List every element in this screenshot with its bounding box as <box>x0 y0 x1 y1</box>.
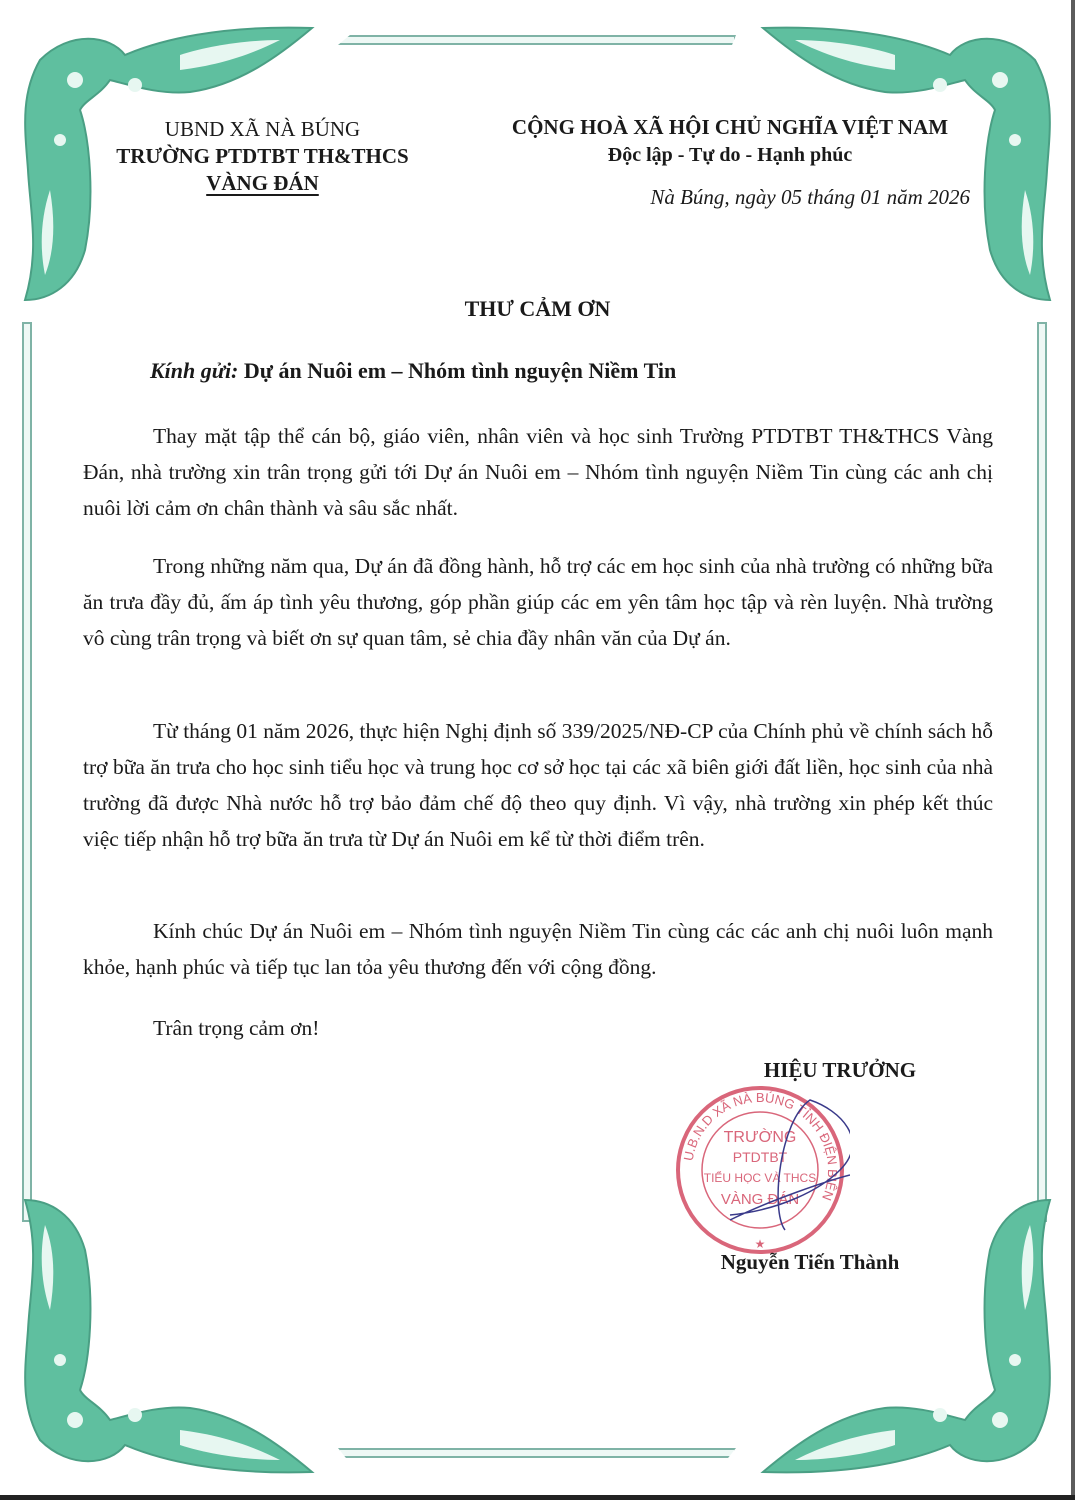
svg-text:TIỂU HỌC VÀ THCS: TIỂU HỌC VÀ THCS <box>704 1170 816 1185</box>
recipient-name: Dự án Nuôi em – Nhóm tình nguyện Niềm Ti… <box>244 358 676 383</box>
signer-title: HIỆU TRƯỞNG <box>720 1058 960 1083</box>
recipient-label: Kính gửi: <box>150 358 238 383</box>
closing-text: Trân trọng cảm ơn! <box>83 1010 993 1046</box>
place-date: Nà Búng, ngày 05 tháng 01 năm 2026 <box>560 185 970 210</box>
paragraph: Kính chúc Dự án Nuôi em – Nhóm tình nguy… <box>83 913 993 985</box>
paragraph: Từ tháng 01 năm 2026, thực hiện Nghị địn… <box>83 713 993 857</box>
paragraph-text: Thay mặt tập thể cán bộ, giáo viên, nhân… <box>83 418 993 526</box>
closing: Trân trọng cảm ơn! <box>83 1010 993 1046</box>
corner-ornament-icon <box>0 1180 320 1500</box>
issuer-school-name: VÀNG ĐÁN <box>206 171 319 195</box>
frame-bar-left <box>22 322 32 1222</box>
letter-title: THƯ CẢM ƠN <box>0 296 1075 322</box>
official-seal-icon: U.B.N.D XÃ NÀ BÚNG TỈNH ĐIỆN BIÊN TRƯỜNG… <box>670 1080 850 1260</box>
paragraph-text: Từ tháng 01 năm 2026, thực hiện Nghị địn… <box>83 713 993 857</box>
paragraph-text: Trong những năm qua, Dự án đã đồng hành,… <box>83 548 993 656</box>
paragraph: Trong những năm qua, Dự án đã đồng hành,… <box>83 548 993 656</box>
frame-bar-bottom <box>338 1448 736 1458</box>
frame-bar-right <box>1037 322 1047 1222</box>
svg-text:★: ★ <box>755 1237 766 1251</box>
issuer-authority: UBND XÃ NÀ BÚNG <box>80 116 445 143</box>
recipient-line: Kính gửi: Dự án Nuôi em – Nhóm tình nguy… <box>150 358 676 384</box>
national-header: CỘNG HOÀ XÃ HỘI CHỦ NGHĨA VIỆT NAM Độc l… <box>470 113 990 169</box>
issuer-block: UBND XÃ NÀ BÚNG TRƯỜNG PTDTBT TH&THCS VÀ… <box>80 116 445 197</box>
national-motto: Độc lập - Tự do - Hạnh phúc <box>470 141 990 169</box>
paragraph: Thay mặt tập thể cán bộ, giáo viên, nhân… <box>83 418 993 526</box>
paragraph-text: Kính chúc Dự án Nuôi em – Nhóm tình nguy… <box>83 913 993 985</box>
issuer-school: TRƯỜNG PTDTBT TH&THCS <box>80 143 445 170</box>
svg-text:PTDTBT: PTDTBT <box>733 1149 788 1165</box>
frame-bar-top <box>338 35 736 45</box>
signer-name: Nguyễn Tiến Thành <box>690 1250 930 1275</box>
nation-name: CỘNG HOÀ XÃ HỘI CHỦ NGHĨA VIỆT NAM <box>470 113 990 141</box>
svg-text:VÀNG ĐÁN: VÀNG ĐÁN <box>721 1191 799 1208</box>
